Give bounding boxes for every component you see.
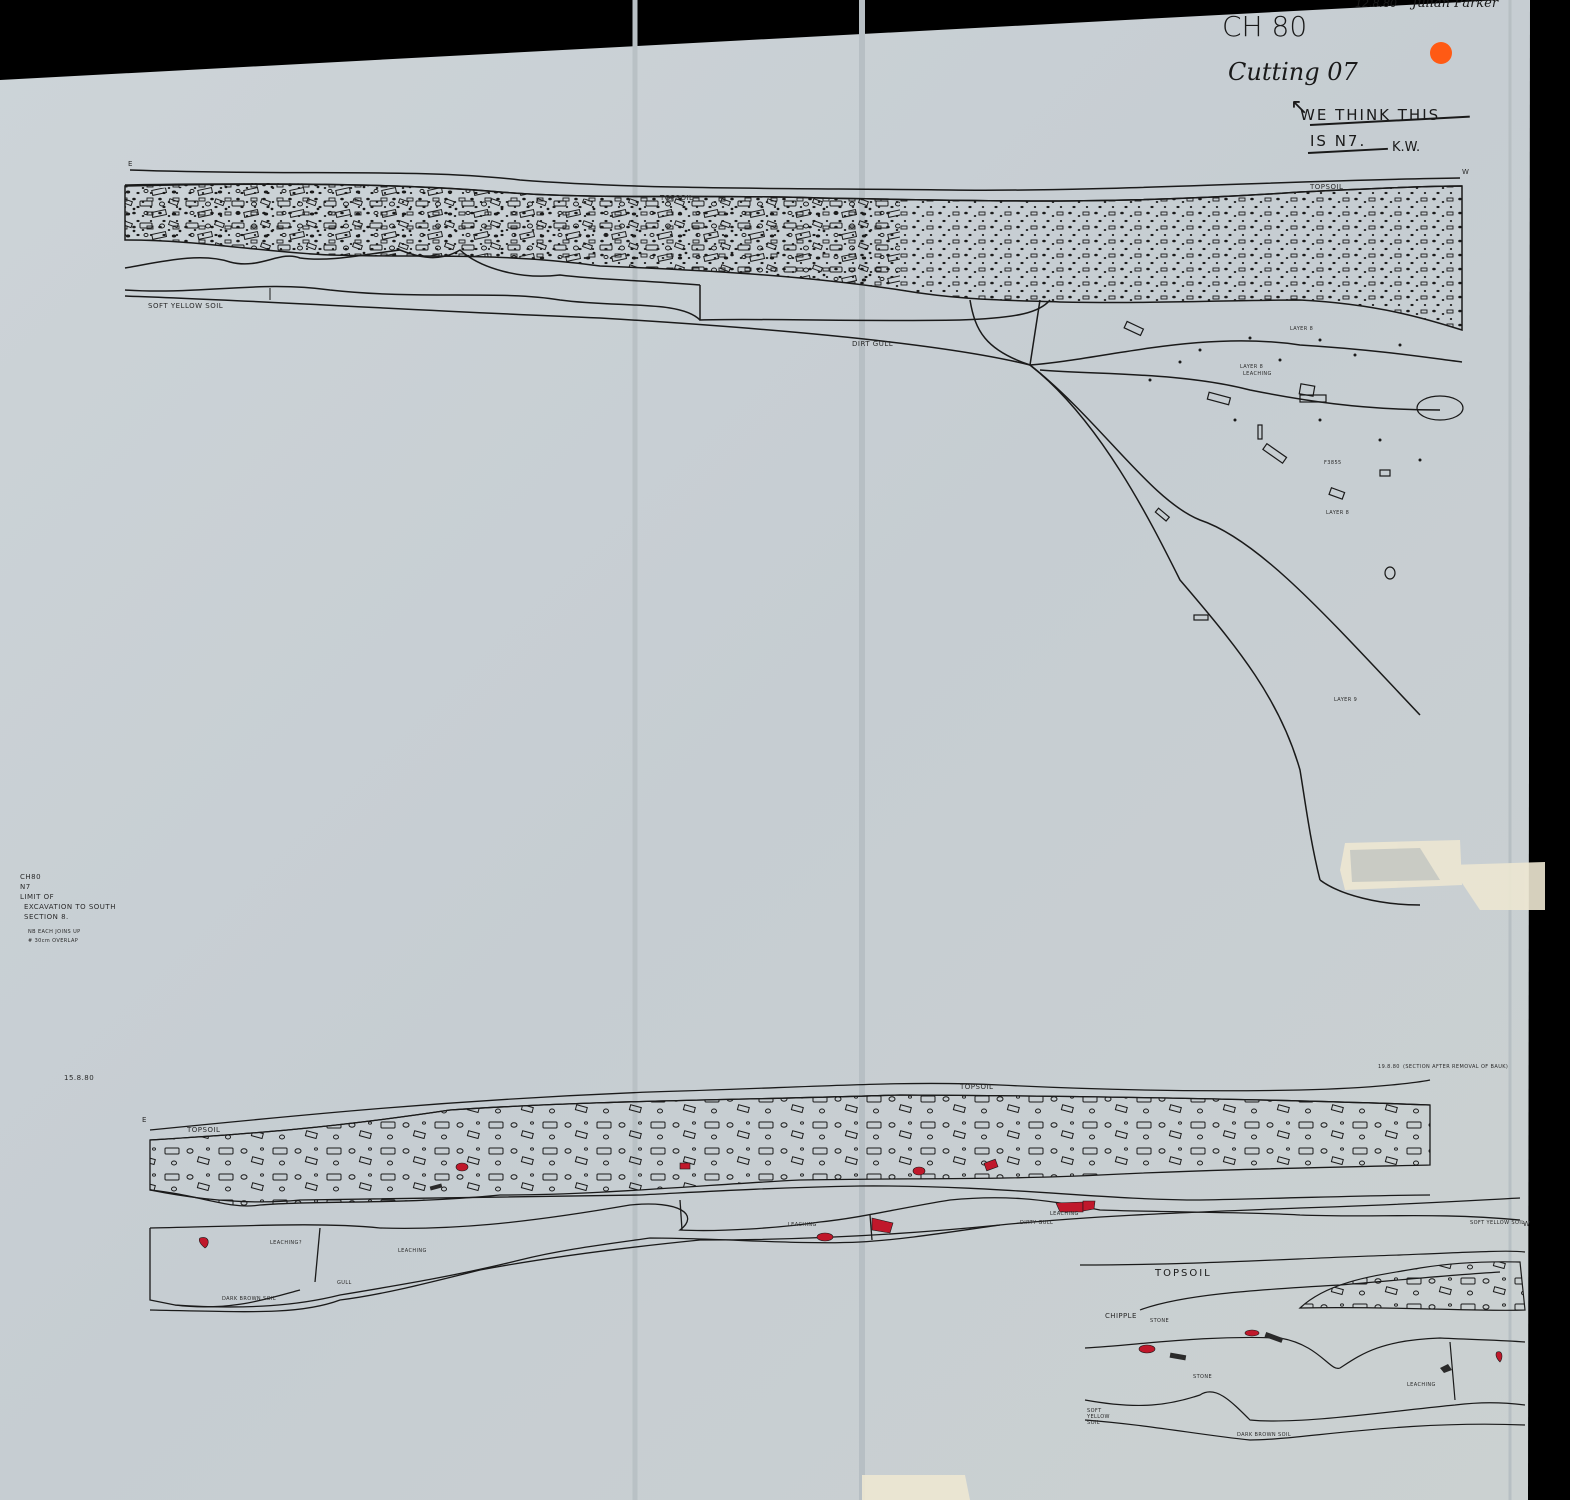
inset-label-stone-1: STONE bbox=[1150, 1318, 1169, 1324]
side-note-line-4: EXCAVATION TO SOUTH bbox=[24, 902, 116, 912]
lower-label-topsoil-1: TOPSOIL bbox=[960, 1083, 993, 1091]
lower-date-right: 19.8.80 bbox=[1378, 1064, 1400, 1070]
lower-label-dirty-gull: DIRTY GULL bbox=[1020, 1220, 1053, 1226]
cutting-label: Cutting 07 bbox=[1228, 58, 1358, 86]
drawing-sheet bbox=[0, 0, 1570, 1500]
site-code: CH 80 bbox=[1222, 10, 1307, 43]
note-initials: K.W. bbox=[1392, 140, 1420, 155]
inset-label-soft-yellow: SOFT YELLOW SOIL bbox=[1087, 1408, 1111, 1426]
upper-end-right: W bbox=[1462, 168, 1469, 176]
inset-label-topsoil: TOPSOIL bbox=[1155, 1268, 1212, 1279]
upper-label-layer-c: LAYER 8 bbox=[1326, 510, 1349, 516]
side-note-line-1: CH80 bbox=[20, 872, 112, 882]
lower-label-soft-yellow: SOFT YELLOW SOIL bbox=[1470, 1220, 1524, 1226]
side-note-nb-2: # 30cm OVERLAP bbox=[28, 937, 120, 946]
marker-dot bbox=[1430, 42, 1452, 64]
upper-label-topsoil-2: TOPSOIL bbox=[1310, 183, 1343, 191]
upper-label-dirt-gull: DIRT GULL bbox=[852, 340, 893, 348]
lower-date-right-note: (SECTION AFTER REMOVAL OF BAUK) bbox=[1403, 1064, 1508, 1070]
lower-label-dark-brown: DARK BROWN SOIL bbox=[222, 1296, 276, 1302]
lower-label-leaching-2: LEACHING bbox=[788, 1222, 817, 1228]
lower-label-gull: GULL bbox=[337, 1280, 352, 1286]
drawing-date: 12.8.80 bbox=[1355, 0, 1397, 10]
upper-label-soft-yellow: SOFT YELLOW SOIL bbox=[148, 302, 223, 310]
inset-label-leaching: LEACHING bbox=[1407, 1382, 1436, 1388]
lower-label-topsoil-2: TOPSOIL bbox=[187, 1126, 220, 1134]
upper-label-topsoil-1: TOPSOIL bbox=[660, 194, 693, 202]
lower-end-left: E bbox=[142, 1116, 147, 1124]
side-note-line-2: N7 bbox=[20, 882, 112, 892]
lower-date-left: 15.8.80 bbox=[64, 1074, 94, 1082]
side-note-line-5: SECTION 8. bbox=[24, 912, 116, 922]
side-note-nb-1: NB EACH JOINS UP bbox=[28, 928, 120, 937]
author-signature: Julian Parker bbox=[1412, 0, 1498, 11]
note-line-2: IS N7. bbox=[1310, 132, 1366, 150]
upper-end-left: E bbox=[128, 160, 133, 168]
lower-label-leaching-3: LEACHING bbox=[1050, 1211, 1079, 1217]
side-note: CH80 N7 LIMIT OF EXCAVATION TO SOUTH SEC… bbox=[20, 872, 112, 946]
upper-label-layer-b: LAYER 8 bbox=[1240, 364, 1263, 370]
inset-label-dark-brown: DARK BROWN SOIL bbox=[1237, 1432, 1291, 1438]
upper-label-layer-d: LAYER 9 bbox=[1334, 697, 1357, 703]
inset-label-stone-2: STONE bbox=[1193, 1374, 1212, 1380]
lower-label-leaching-1: LEACHING bbox=[398, 1248, 427, 1254]
upper-label-leaching: LEACHING bbox=[1243, 371, 1272, 377]
inset-label-chipple: CHIPPLE bbox=[1105, 1312, 1137, 1320]
side-note-line-3: LIMIT OF bbox=[20, 892, 112, 902]
lower-label-leaching-q: LEACHING? bbox=[270, 1240, 302, 1246]
upper-label-f3855: F3855 bbox=[1324, 460, 1342, 466]
upper-label-layer-a: LAYER 8 bbox=[1290, 326, 1313, 332]
